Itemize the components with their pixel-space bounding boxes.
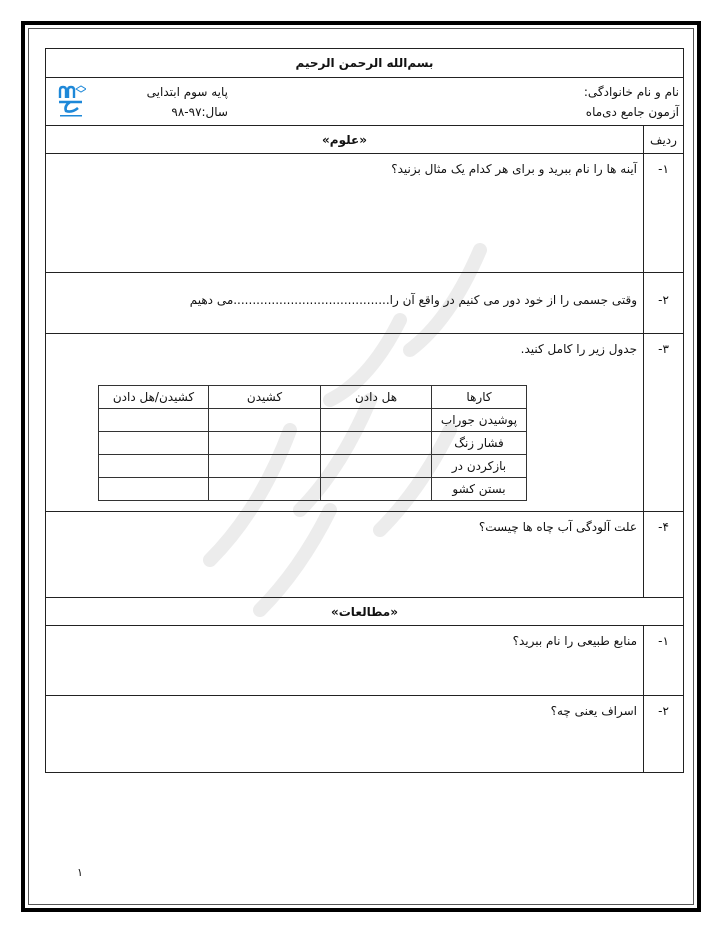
- question-answer-area[interactable]: وقتی جسمی را از خود دور می کنیم در واقع …: [46, 273, 643, 333]
- year-label: سال:۹۷-۹۸: [118, 102, 228, 122]
- grade-info: پایه سوم ابتدایی سال:۹۷-۹۸: [118, 82, 228, 122]
- radif-header: ردیف: [643, 126, 683, 153]
- question-row: ۲- وقتی جسمی را از خود دور می کنیم در وا…: [46, 273, 683, 334]
- question-text: علت آلودگی آب چاه ها چیست؟: [479, 520, 637, 534]
- question-answer-area: جدول زیر را کامل کنید. کارها هل دادن کشی…: [46, 334, 643, 511]
- answer-cell[interactable]: [99, 478, 209, 501]
- table-row-label: بازکردن در: [432, 455, 527, 478]
- student-info-row: نام و نام خانوادگی: آزمون جامع دی‌ماه پا…: [46, 78, 683, 126]
- question-text: منابع طبیعی را نام ببرید؟: [513, 634, 637, 648]
- answer-cell[interactable]: [209, 478, 321, 501]
- section-header-science: ردیف «علوم»: [46, 126, 683, 154]
- section-title: «مطالعات»: [331, 605, 398, 619]
- section-title: «علوم»: [46, 126, 643, 153]
- table-row: پوشیدن جوراب: [99, 409, 527, 432]
- question-number: ۴-: [643, 512, 683, 597]
- answer-cell[interactable]: [99, 409, 209, 432]
- student-info-right: نام و نام خانوادگی: آزمون جامع دی‌ماه: [584, 82, 679, 122]
- table-header-cell: کشیدن: [209, 386, 321, 409]
- answer-cell[interactable]: [321, 409, 432, 432]
- question-number: ۲-: [643, 696, 683, 772]
- question-text: وقتی جسمی را از خود دور می کنیم در واقع …: [190, 293, 637, 307]
- answer-cell[interactable]: [209, 455, 321, 478]
- question-answer-area[interactable]: آینه ها را نام ببرید و برای هر کدام یک م…: [46, 154, 643, 272]
- table-row-label: فشار زنگ: [432, 432, 527, 455]
- question-row: ۱- آینه ها را نام ببرید و برای هر کدام ی…: [46, 154, 683, 273]
- table-row: فشار زنگ: [99, 432, 527, 455]
- question-row: ۴- علت آلودگی آب چاه ها چیست؟: [46, 512, 683, 598]
- table-header-cell: کارها: [432, 386, 527, 409]
- question-answer-area[interactable]: منابع طبیعی را نام ببرید؟: [46, 626, 643, 695]
- table-header-cell: کشیدن/هل دادن: [99, 386, 209, 409]
- name-field-label: نام و نام خانوادگی:: [584, 82, 679, 102]
- answer-cell[interactable]: [99, 432, 209, 455]
- question-row: ۲- اسراف یعنی چه؟: [46, 696, 683, 772]
- question-answer-area[interactable]: اسراف یعنی چه؟: [46, 696, 643, 772]
- question-number: ۲-: [643, 273, 683, 333]
- answer-cell[interactable]: [209, 409, 321, 432]
- table-row-label: بستن کشو: [432, 478, 527, 501]
- table-row-label: پوشیدن جوراب: [432, 409, 527, 432]
- grade-label: پایه سوم ابتدایی: [118, 82, 228, 102]
- answer-cell[interactable]: [321, 455, 432, 478]
- fill-in-table: کارها هل دادن کشیدن کشیدن/هل دادن پوشیدن…: [98, 385, 527, 501]
- answer-cell[interactable]: [321, 432, 432, 455]
- question-row: ۱- منابع طبیعی را نام ببرید؟: [46, 626, 683, 696]
- answer-cell[interactable]: [99, 455, 209, 478]
- table-row: بستن کشو: [99, 478, 527, 501]
- exam-sheet: بسم‌الله الرحمن الرحیم نام و نام خانوادگ…: [45, 48, 684, 773]
- question-row: ۳- جدول زیر را کامل کنید. کارها هل دادن …: [46, 334, 683, 512]
- question-text: آینه ها را نام ببرید و برای هر کدام یک م…: [391, 162, 637, 176]
- answer-cell[interactable]: [209, 432, 321, 455]
- page-number: ۱: [77, 866, 83, 879]
- school-logo-icon: [56, 84, 86, 118]
- table-row: بازکردن در: [99, 455, 527, 478]
- table-header-cell: هل دادن: [321, 386, 432, 409]
- question-text: جدول زیر را کامل کنید.: [521, 342, 637, 356]
- question-number: ۱-: [643, 154, 683, 272]
- question-text: اسراف یعنی چه؟: [551, 704, 637, 718]
- question-number: ۳-: [643, 334, 683, 511]
- answer-cell[interactable]: [321, 478, 432, 501]
- table-header-row: کارها هل دادن کشیدن کشیدن/هل دادن: [99, 386, 527, 409]
- section-header-social: «مطالعات»: [46, 598, 683, 626]
- bismillah-row: بسم‌الله الرحمن الرحیم: [46, 49, 683, 78]
- exam-title: آزمون جامع دی‌ماه: [584, 102, 679, 122]
- question-number: ۱-: [643, 626, 683, 695]
- question-answer-area[interactable]: علت آلودگی آب چاه ها چیست؟: [46, 512, 643, 597]
- bismillah-text: بسم‌الله الرحمن الرحیم: [296, 56, 434, 70]
